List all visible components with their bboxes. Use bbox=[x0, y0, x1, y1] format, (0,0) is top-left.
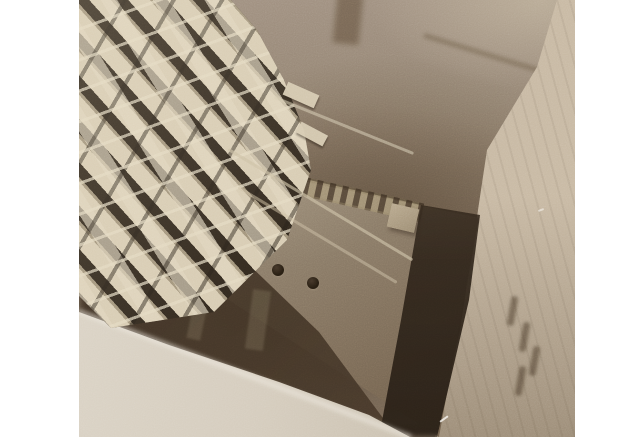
photo-vignette bbox=[79, 0, 575, 437]
excavation-pit-photograph bbox=[79, 0, 575, 437]
page-background bbox=[0, 0, 640, 440]
